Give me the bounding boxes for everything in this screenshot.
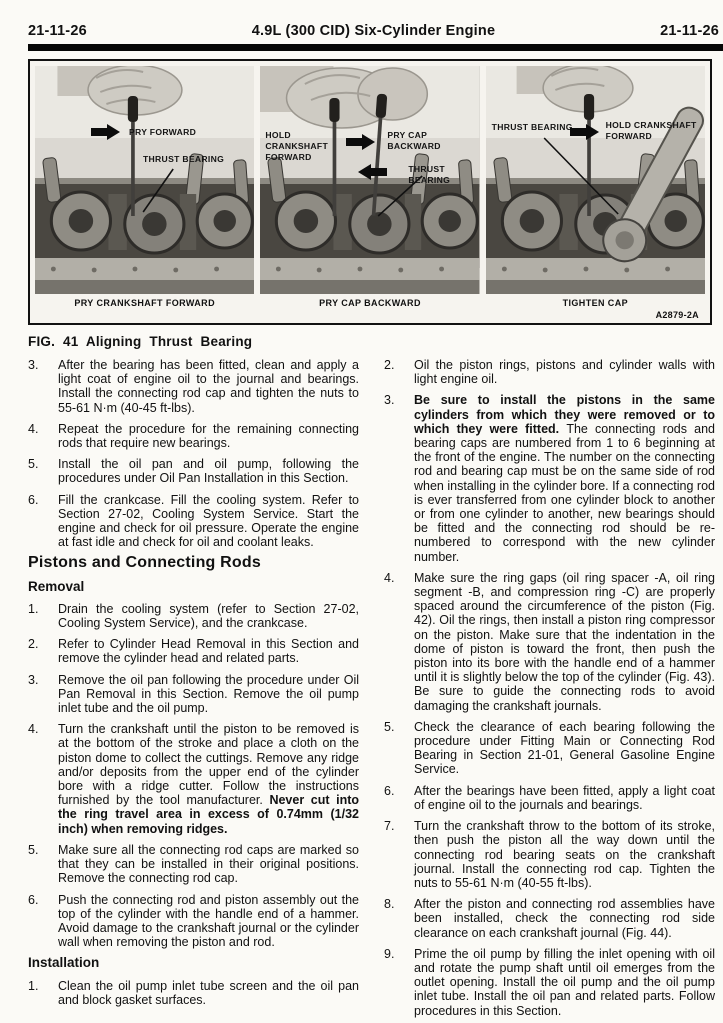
item-text: Fill the crankcase. Fill the cooling sys… <box>58 493 359 550</box>
item-number: 5. <box>28 457 58 485</box>
item-number: 4. <box>28 422 58 450</box>
hold-crankshaft-forward-label: HOLD CRANKSHAFT FORWARD <box>265 130 328 164</box>
list-item: 2.Oil the piston rings, pistons and cyli… <box>384 358 715 386</box>
list-item: 1.Drain the cooling system (refer to Sec… <box>28 602 359 630</box>
item-number: 6. <box>384 784 414 812</box>
item-text: Turn the crankshaft until the piston to … <box>58 722 359 836</box>
figure-panel-pry-crankshaft-forward: PRY FORWARD THRUST BEARING PRY CRANKSHAF… <box>35 66 254 308</box>
figure-panel-tighten-cap: THRUST BEARING HOLD CRANKSHAFT FORWARD T… <box>486 66 705 308</box>
panel-caption: TIGHTEN CAP <box>486 298 705 308</box>
item-text: Repeat the procedure for the remaining c… <box>58 422 359 450</box>
pry-cap-backward-label: PRY CAP BACKWARD <box>387 130 440 152</box>
photo-pry-crankshaft-forward: PRY FORWARD THRUST BEARING <box>35 66 254 294</box>
page-number-left: 21-11-26 <box>28 23 87 39</box>
item-text: Turn the crankshaft throw to the bottom … <box>414 819 715 890</box>
item-number: 2. <box>384 358 414 386</box>
panel-caption: PRY CAP BACKWARD <box>260 298 479 308</box>
item-number: 8. <box>384 897 414 940</box>
hold-crankshaft-forward-label: HOLD CRANKSHAFT FORWARD <box>606 120 697 142</box>
pry-cap-arrow-icon <box>346 134 377 150</box>
item-text: After the piston and connecting rod asse… <box>414 897 715 940</box>
item-text: Make sure the ring gaps (oil ring spacer… <box>414 571 715 713</box>
item-text: Remove the oil pan following the procedu… <box>58 673 359 716</box>
item-number: 3. <box>28 673 58 716</box>
engine-photo-scene <box>486 66 705 294</box>
engine-photo-scene <box>35 66 254 294</box>
text-columns: 3.After the bearing has been fitted, cle… <box>0 349 723 1023</box>
item-number: 1. <box>28 979 58 1007</box>
hold-crankshaft-arrow-icon <box>570 124 601 140</box>
page-header: 21-11-26 4.9L (300 CID) Six-Cylinder Eng… <box>0 0 723 39</box>
removal-list: 1.Drain the cooling system (refer to Sec… <box>28 602 359 949</box>
figure-panels: PRY FORWARD THRUST BEARING PRY CRANKSHAF… <box>35 66 705 308</box>
list-item: 4.Make sure the ring gaps (oil ring spac… <box>384 571 715 713</box>
item-number: 9. <box>384 947 414 1018</box>
item-number: 6. <box>28 893 58 950</box>
photo-pry-cap-backward: HOLD CRANKSHAFT FORWARD PRY CAP BACKWARD… <box>260 66 479 294</box>
item-text: Clean the oil pump inlet tube screen and… <box>58 979 359 1007</box>
list-item: 3.After the bearing has been fitted, cle… <box>28 358 359 415</box>
list-item: 3.Be sure to install the pistons in the … <box>384 393 715 563</box>
item-number: 1. <box>28 602 58 630</box>
item-number: 4. <box>28 722 58 836</box>
item-text: Push the connecting rod and piston assem… <box>58 893 359 950</box>
thrust-bearing-label: THRUST BEARING <box>408 164 479 186</box>
item-text: Install the oil pan and oil pump, follow… <box>58 457 359 485</box>
list-item: 7.Turn the crankshaft throw to the botto… <box>384 819 715 890</box>
item-number: 5. <box>384 720 414 777</box>
left-column: 3.After the bearing has been fitted, cle… <box>28 358 359 1023</box>
right-list: 2.Oil the piston rings, pistons and cyli… <box>384 358 715 1018</box>
item-number: 3. <box>384 393 414 563</box>
item-number: 5. <box>28 843 58 886</box>
item-number: 2. <box>28 637 58 665</box>
item-text: Make sure all the connecting rod caps ar… <box>58 843 359 886</box>
right-column: 2.Oil the piston rings, pistons and cyli… <box>384 358 715 1023</box>
sub-heading-removal: Removal <box>28 580 359 594</box>
header-rule <box>28 44 723 51</box>
item-text: Be sure to install the pistons in the sa… <box>414 393 715 563</box>
list-item: 1.Clean the oil pump inlet tube screen a… <box>28 979 359 1007</box>
list-item: 6.Push the connecting rod and piston ass… <box>28 893 359 950</box>
photo-tighten-cap: THRUST BEARING HOLD CRANKSHAFT FORWARD <box>486 66 705 294</box>
list-item: 5.Make sure all the connecting rod caps … <box>28 843 359 886</box>
list-item: 2.Refer to Cylinder Head Removal in this… <box>28 637 359 665</box>
item-number: 4. <box>384 571 414 713</box>
list-item: 3.Remove the oil pan following the proce… <box>28 673 359 716</box>
list-item: 9.Prime the oil pump by filling the inle… <box>384 947 715 1018</box>
panel-caption: PRY CRANKSHAFT FORWARD <box>35 298 254 308</box>
thrust-bearing-label: THRUST BEARING <box>143 154 224 165</box>
sub-heading-installation: Installation <box>28 956 359 970</box>
item-text: Drain the cooling system (refer to Secti… <box>58 602 359 630</box>
item-text: Check the clearance of each bearing foll… <box>414 720 715 777</box>
thrust-bearing-label: THRUST BEARING <box>492 122 573 133</box>
left-top-list: 3.After the bearing has been fitted, cle… <box>28 358 359 549</box>
manual-page: 21-11-26 4.9L (300 CID) Six-Cylinder Eng… <box>0 0 723 1023</box>
figure-caption: FIG. 41 Aligning Thrust Bearing <box>28 334 723 349</box>
item-number: 7. <box>384 819 414 890</box>
pry-forward-label: PRY FORWARD <box>129 127 196 138</box>
figure-reference-code: A2879-2A <box>35 308 705 322</box>
item-text: After the bearings have been fitted, app… <box>414 784 715 812</box>
section-heading-pistons: Pistons and Connecting Rods <box>28 556 359 570</box>
list-item: 4.Turn the crankshaft until the piston t… <box>28 722 359 836</box>
list-item: 6.After the bearings have been fitted, a… <box>384 784 715 812</box>
item-text: Prime the oil pump by filling the inlet … <box>414 947 715 1018</box>
list-item: 6.Fill the crankcase. Fill the cooling s… <box>28 493 359 550</box>
page-number-right: 21-11-26 <box>660 23 719 39</box>
page-title: 4.9L (300 CID) Six-Cylinder Engine <box>252 23 495 39</box>
list-item: 5.Install the oil pan and oil pump, foll… <box>28 457 359 485</box>
figure-panel-pry-cap-backward: HOLD CRANKSHAFT FORWARD PRY CAP BACKWARD… <box>260 66 479 308</box>
figure-41: PRY FORWARD THRUST BEARING PRY CRANKSHAF… <box>28 59 712 325</box>
item-number: 6. <box>28 493 58 550</box>
pry-forward-arrow-icon <box>91 124 122 140</box>
backward-arrow-icon <box>356 164 387 180</box>
list-item: 5.Check the clearance of each bearing fo… <box>384 720 715 777</box>
installation-list: 1.Clean the oil pump inlet tube screen a… <box>28 979 359 1007</box>
item-text: Refer to Cylinder Head Removal in this S… <box>58 637 359 665</box>
item-text: After the bearing has been fitted, clean… <box>58 358 359 415</box>
list-item: 4.Repeat the procedure for the remaining… <box>28 422 359 450</box>
item-number: 3. <box>28 358 58 415</box>
list-item: 8.After the piston and connecting rod as… <box>384 897 715 940</box>
item-text: Oil the piston rings, pistons and cylind… <box>414 358 715 386</box>
